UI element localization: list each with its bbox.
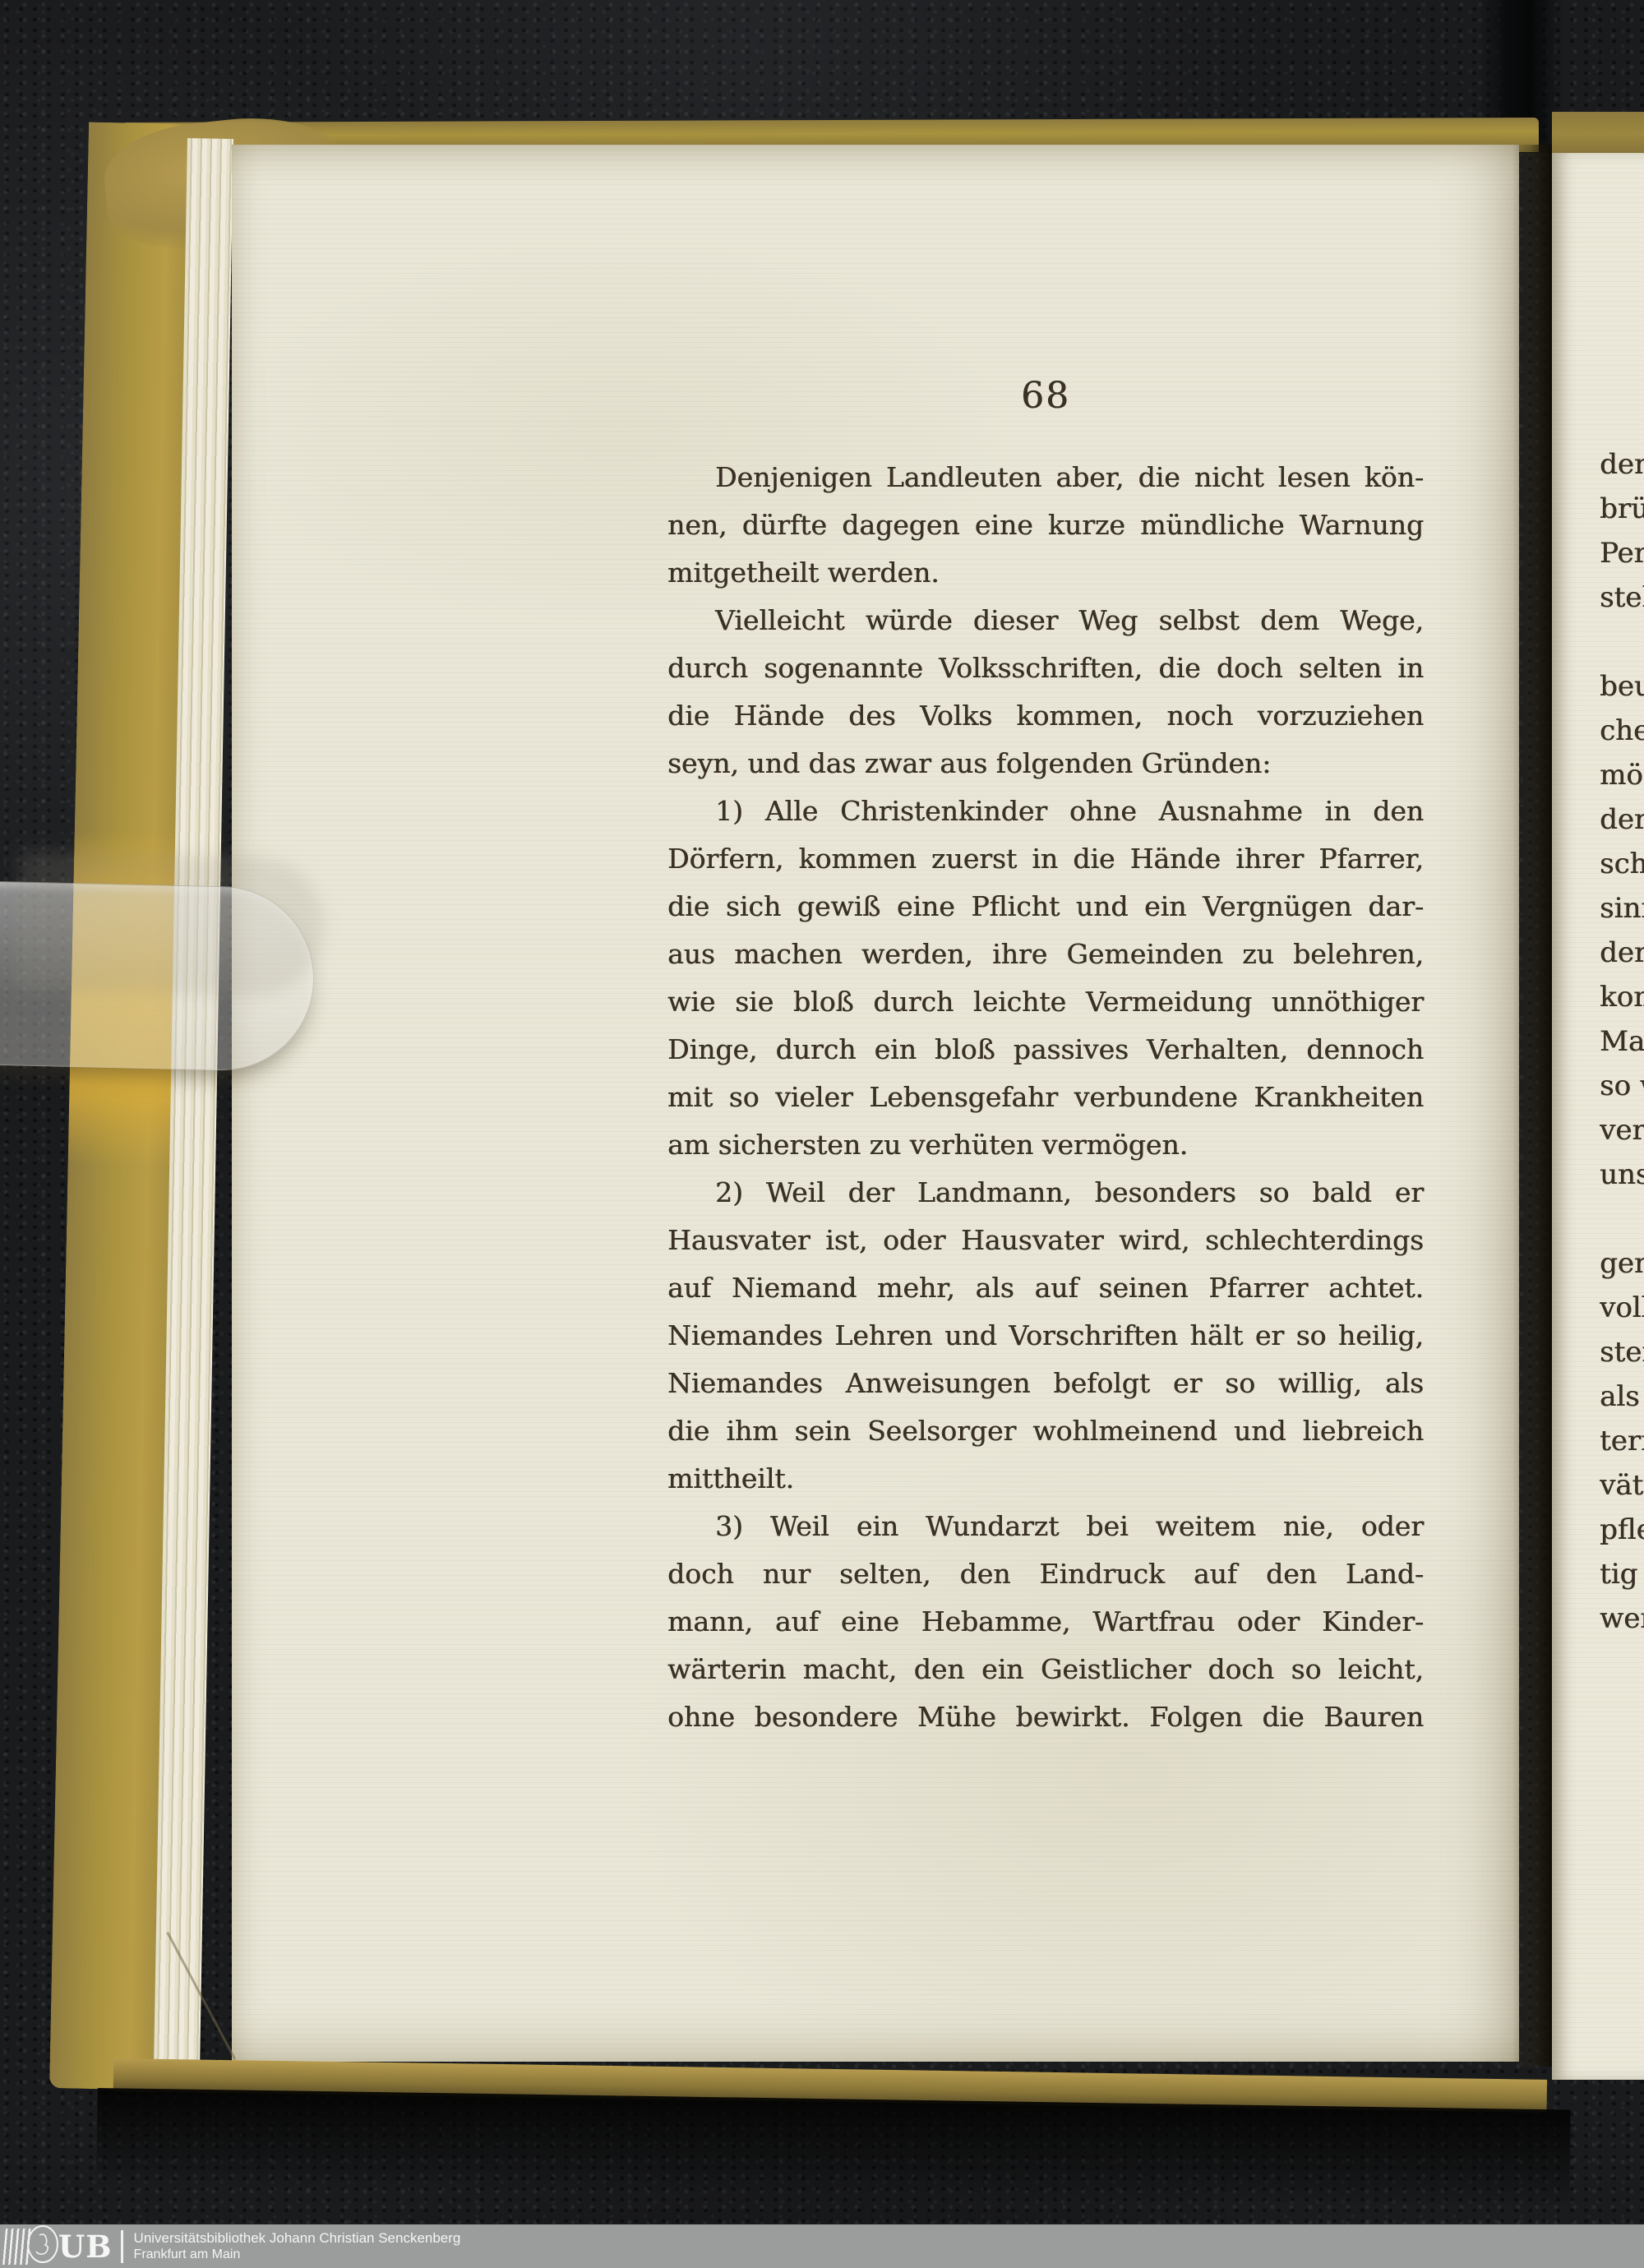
text-fragment: steh bbox=[1600, 575, 1644, 620]
text-line: Denjenigen Landleuten aber, die nicht le… bbox=[667, 454, 1424, 501]
text-line: 3) Weil ein Wundarzt bei weitem nie, ode… bbox=[667, 1503, 1424, 1550]
watermark-separator bbox=[121, 2230, 123, 2263]
text-fragment bbox=[1600, 1197, 1644, 1241]
text-line: die ihm sein Seelsorger wohlmeinend und … bbox=[667, 1407, 1424, 1455]
text-line: mann, auf eine Hebamme, Wartfrau oder Ki… bbox=[667, 1598, 1424, 1646]
text-line: seyn, und das zwar aus folgenden Gründen… bbox=[667, 740, 1424, 788]
watermark-city: Frankfurt am Main bbox=[134, 2247, 461, 2263]
text-fragment: pfleg bbox=[1600, 1508, 1644, 1552]
text-fragment: gend bbox=[1600, 1241, 1644, 1286]
text-fragment: Ma bbox=[1600, 1019, 1644, 1064]
text-line: 1) Alle Christenkinder ohne Ausnahme in … bbox=[667, 788, 1424, 835]
text-line: mitgetheilt werden. bbox=[667, 549, 1424, 597]
text-line: ohne besondere Mühe bewirkt. Folgen die … bbox=[667, 1693, 1424, 1741]
watermark-institution: Universitätsbibliothek Johann Christian … bbox=[134, 2229, 461, 2247]
text-fragment: chen bbox=[1600, 709, 1644, 753]
text-line: Niemandes Lehren und Vorschriften hält e… bbox=[667, 1312, 1424, 1360]
text-fragment: väter bbox=[1600, 1463, 1644, 1508]
text-fragment: dern bbox=[1600, 797, 1644, 842]
transparent-holder-strip bbox=[0, 880, 316, 1072]
text-fragment: so we bbox=[1600, 1064, 1644, 1108]
text-fragment: der bbox=[1600, 931, 1644, 975]
text-fragment: tig se bbox=[1600, 1552, 1644, 1596]
text-line: wärterin macht, den ein Geistlicher doch… bbox=[667, 1646, 1424, 1693]
text-line: auf Niemand mehr, als auf seinen Pfarrer… bbox=[667, 1264, 1424, 1312]
text-line: Niemandes Anweisungen befolgt er so will… bbox=[667, 1360, 1424, 1407]
text-fragment: möc bbox=[1600, 753, 1644, 797]
text-fragment: beu bbox=[1600, 664, 1644, 709]
watermark-text: Universitätsbibliothek Johann Christian … bbox=[134, 2229, 461, 2263]
text-line: die Hände des Volks kommen, noch vorzuzi… bbox=[667, 692, 1424, 740]
facing-page-text-fragments: denbrücPerstehbeuchenmöcdernschrisinnder… bbox=[1600, 442, 1644, 1790]
facing-page-top-edge bbox=[1552, 112, 1644, 156]
text-fragment: werd bbox=[1600, 1596, 1644, 1641]
text-line: aus machen werden, ihre Gemeinden zu bel… bbox=[667, 931, 1424, 978]
text-line: Vielleicht würde dieser Weg selbst dem W… bbox=[667, 597, 1424, 644]
book-scan-photo: 68 Denjenigen Landleuten aber, die nicht… bbox=[0, 0, 1644, 2268]
text-fragment: den bbox=[1600, 442, 1644, 487]
text-fragment: kom bbox=[1600, 975, 1644, 1019]
text-line: mittheilt. bbox=[667, 1455, 1424, 1503]
text-line: nen, dürfte dagegen eine kurze mündliche… bbox=[667, 501, 1424, 549]
ub-logo: UB bbox=[58, 2229, 113, 2265]
text-fragment bbox=[1600, 620, 1644, 664]
text-line: durch sogenannte Volksschriften, die doc… bbox=[667, 644, 1424, 692]
text-fragment: volll bbox=[1600, 1286, 1644, 1330]
page-number: 68 bbox=[667, 375, 1424, 417]
text-fragment: als bbox=[1600, 1374, 1644, 1419]
text-line: mit so vieler Lebensgefahr verbundene Kr… bbox=[667, 1074, 1424, 1121]
text-fragment: Per bbox=[1600, 531, 1644, 575]
text-line: wie sie bloß durch leichte Vermeidung un… bbox=[667, 978, 1424, 1026]
text-fragment: terri bbox=[1600, 1419, 1644, 1463]
text-fragment: brüc bbox=[1600, 487, 1644, 531]
gutter-shadow bbox=[1512, 145, 1552, 2067]
text-fragment: sinn bbox=[1600, 886, 1644, 931]
text-fragment: sten bbox=[1600, 1330, 1644, 1374]
text-line: 2) Weil der Landmann, besonders so bald … bbox=[667, 1169, 1424, 1217]
text-line: Dinge, durch ein bloß passives Verhalten… bbox=[667, 1026, 1424, 1074]
page-text: Denjenigen Landleuten aber, die nicht le… bbox=[667, 454, 1424, 1741]
book-stack-icon bbox=[2, 2229, 34, 2265]
text-line: am sichersten zu verhüten vermögen. bbox=[667, 1121, 1424, 1169]
library-watermark-bar: UB Universitätsbibliothek Johann Christi… bbox=[0, 2224, 1644, 2268]
text-line: Hausvater ist, oder Hausvater wird, schl… bbox=[667, 1217, 1424, 1264]
text-fragment: schri bbox=[1600, 842, 1644, 886]
text-fragment: unse bbox=[1600, 1152, 1644, 1197]
text-line: die sich gewiß eine Pflicht und ein Verg… bbox=[667, 883, 1424, 931]
text-line: Dörfern, kommen zuerst in die Hände ihre… bbox=[667, 835, 1424, 883]
text-fragment: verhü bbox=[1600, 1108, 1644, 1152]
text-line: doch nur selten, den Eindruck auf den La… bbox=[667, 1550, 1424, 1598]
